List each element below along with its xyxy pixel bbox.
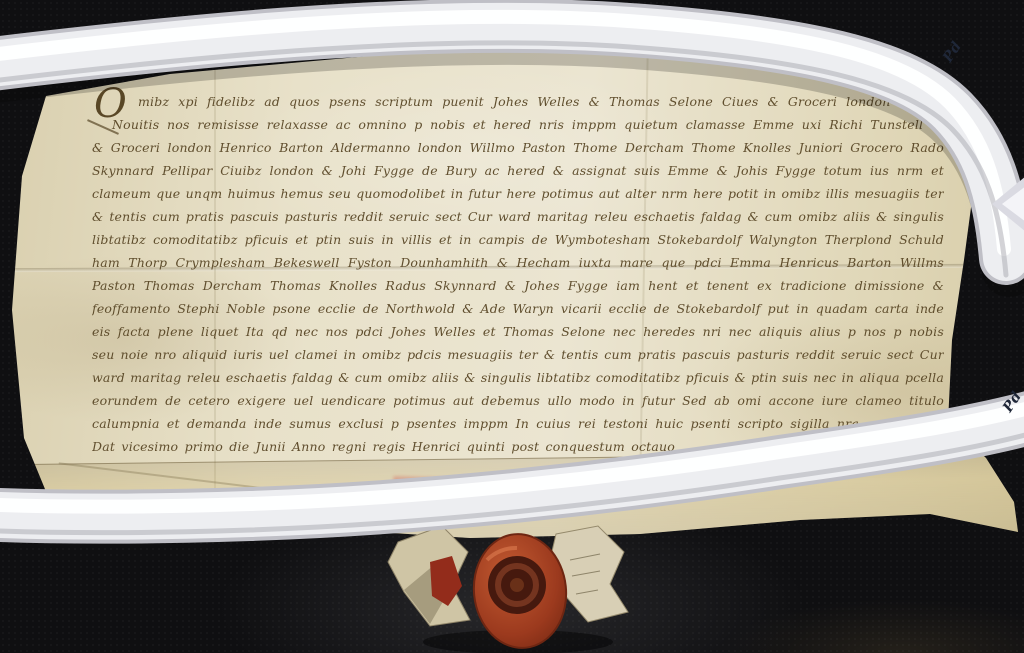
photo-stage: O mibz xpi fidelibz ad quos psens script… [0,0,1024,653]
text-line: clameum que unqm huimus hemus seu quomod… [92,182,944,205]
text-line: feoffamento Stephi Noble psone ecclie de… [92,297,944,320]
text-line: & tentis cum pratis pascuis pasturis red… [92,205,944,228]
text-line: Nouitis nos remisisse relaxasse ac omnin… [92,113,964,136]
red-stamp [393,476,446,500]
text-line: ham Thorp Crymplesham Bekeswell Fyston D… [92,251,944,274]
text-line: seu noie nro aliquid iuris uel clamei in… [92,343,944,366]
text-line: Paston Thomas Dercham Thomas Knolles Rad… [92,274,944,297]
text-line: Skynnard Pellipar Ciuibz london & Johi F… [92,159,944,182]
text-line: libtatibz comoditatibz pficuis et ptin s… [92,228,944,251]
text-line: & Groceri london Henrico Barton Alderman… [92,136,944,159]
text-line: calumpnia et demanda inde sumus exclusi … [92,412,944,435]
text-line: eis facta plene liquet Ita qd nec nos pd… [92,320,944,343]
text-line: mibz xpi fidelibz ad quos psens scriptum… [92,90,990,113]
text-line-dated: Dat vicesimo primo die Junii Anno regni … [92,435,675,458]
text-line: ward maritag releu eschaetis faldag & cu… [92,366,944,389]
text-line: eorundem de cetero exigere uel uendicare… [92,389,944,412]
